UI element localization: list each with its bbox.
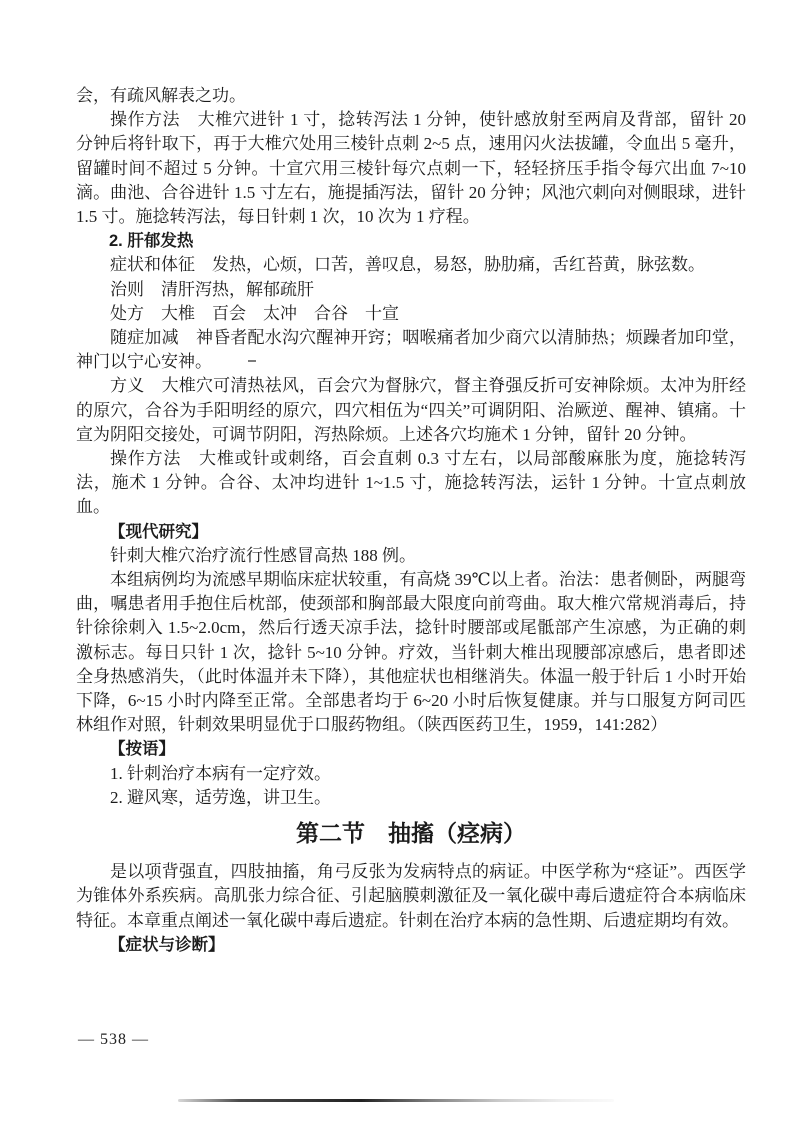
remark-item-2: 2. 避风寒，适劳逸，讲卫生。 — [76, 786, 746, 810]
paragraph-modifications: 随症加减 神昏者配水沟穴醒神开窍；咽喉痛者加少商穴以清肺热；烦躁者加印堂，神门以… — [76, 326, 746, 374]
text-column: 会，有疏风解表之功。 操作方法 大椎穴进针 1 寸，捻转泻法 1 分钟，使针感放… — [76, 84, 746, 957]
section-title: 第二节 抽搐（痉病） — [76, 818, 746, 848]
subsection-heading-liver-heat: 2. 肝郁发热 — [76, 229, 746, 253]
paragraph-symptoms-signs: 症状和体征 发热，心烦，口苦，善叹息，易怒，胁肋痛，舌红苔黄，脉弦数。 — [76, 253, 746, 277]
paragraph-operation-method-1: 操作方法 大椎穴进针 1 寸，捻转泻法 1 分钟，使针感放射至两肩及背部，留针 … — [76, 108, 746, 229]
scan-artifact-line — [178, 1099, 614, 1102]
paragraph-continuation: 会，有疏风解表之功。 — [76, 84, 746, 108]
paragraph-operation-method-2: 操作方法 大椎或针或刺络，百会直刺 0.3 寸左右，以局部酸麻胀为度，施捻转泻法… — [76, 447, 746, 520]
scan-speck — [149, 877, 152, 880]
paragraph-section-intro: 是以项背强直，四肢抽搐，角弓反张为发病特点的病证。中医学称为“痉证”。西医学为锥… — [76, 860, 746, 933]
paragraph-prescription: 处方 大椎 百会 太冲 合谷 十宣 — [76, 302, 746, 326]
page-number: — 538 — — [78, 1031, 149, 1049]
remark-item-1: 1. 针刺治疗本病有一定疗效。 — [76, 762, 746, 786]
heading-symptoms-diagnosis: 【症状与诊断】 — [76, 933, 746, 957]
paragraph-study-title: 针刺大椎穴治疗流行性感冒高热 188 例。 — [76, 544, 746, 568]
heading-remarks: 【按语】 — [76, 737, 746, 761]
paragraph-study-details: 本组病例均为流感早期临床症状较重，有高烧 39℃以上者。治法：患者侧卧，两腿弯曲… — [76, 568, 746, 737]
heading-modern-research: 【现代研究】 — [76, 520, 746, 544]
paragraph-rationale: 方义 大椎穴可清热祛风，百会穴为督脉穴，督主脊强反折可安神除烦。太冲为肝经的原穴… — [76, 374, 746, 447]
book-page: 会，有疏风解表之功。 操作方法 大椎穴进针 1 寸，捻转泻法 1 分钟，使针感放… — [0, 0, 812, 1122]
scan-speck — [248, 360, 256, 362]
paragraph-treatment-principle: 治则 清肝泻热，解郁疏肝 — [76, 278, 746, 302]
